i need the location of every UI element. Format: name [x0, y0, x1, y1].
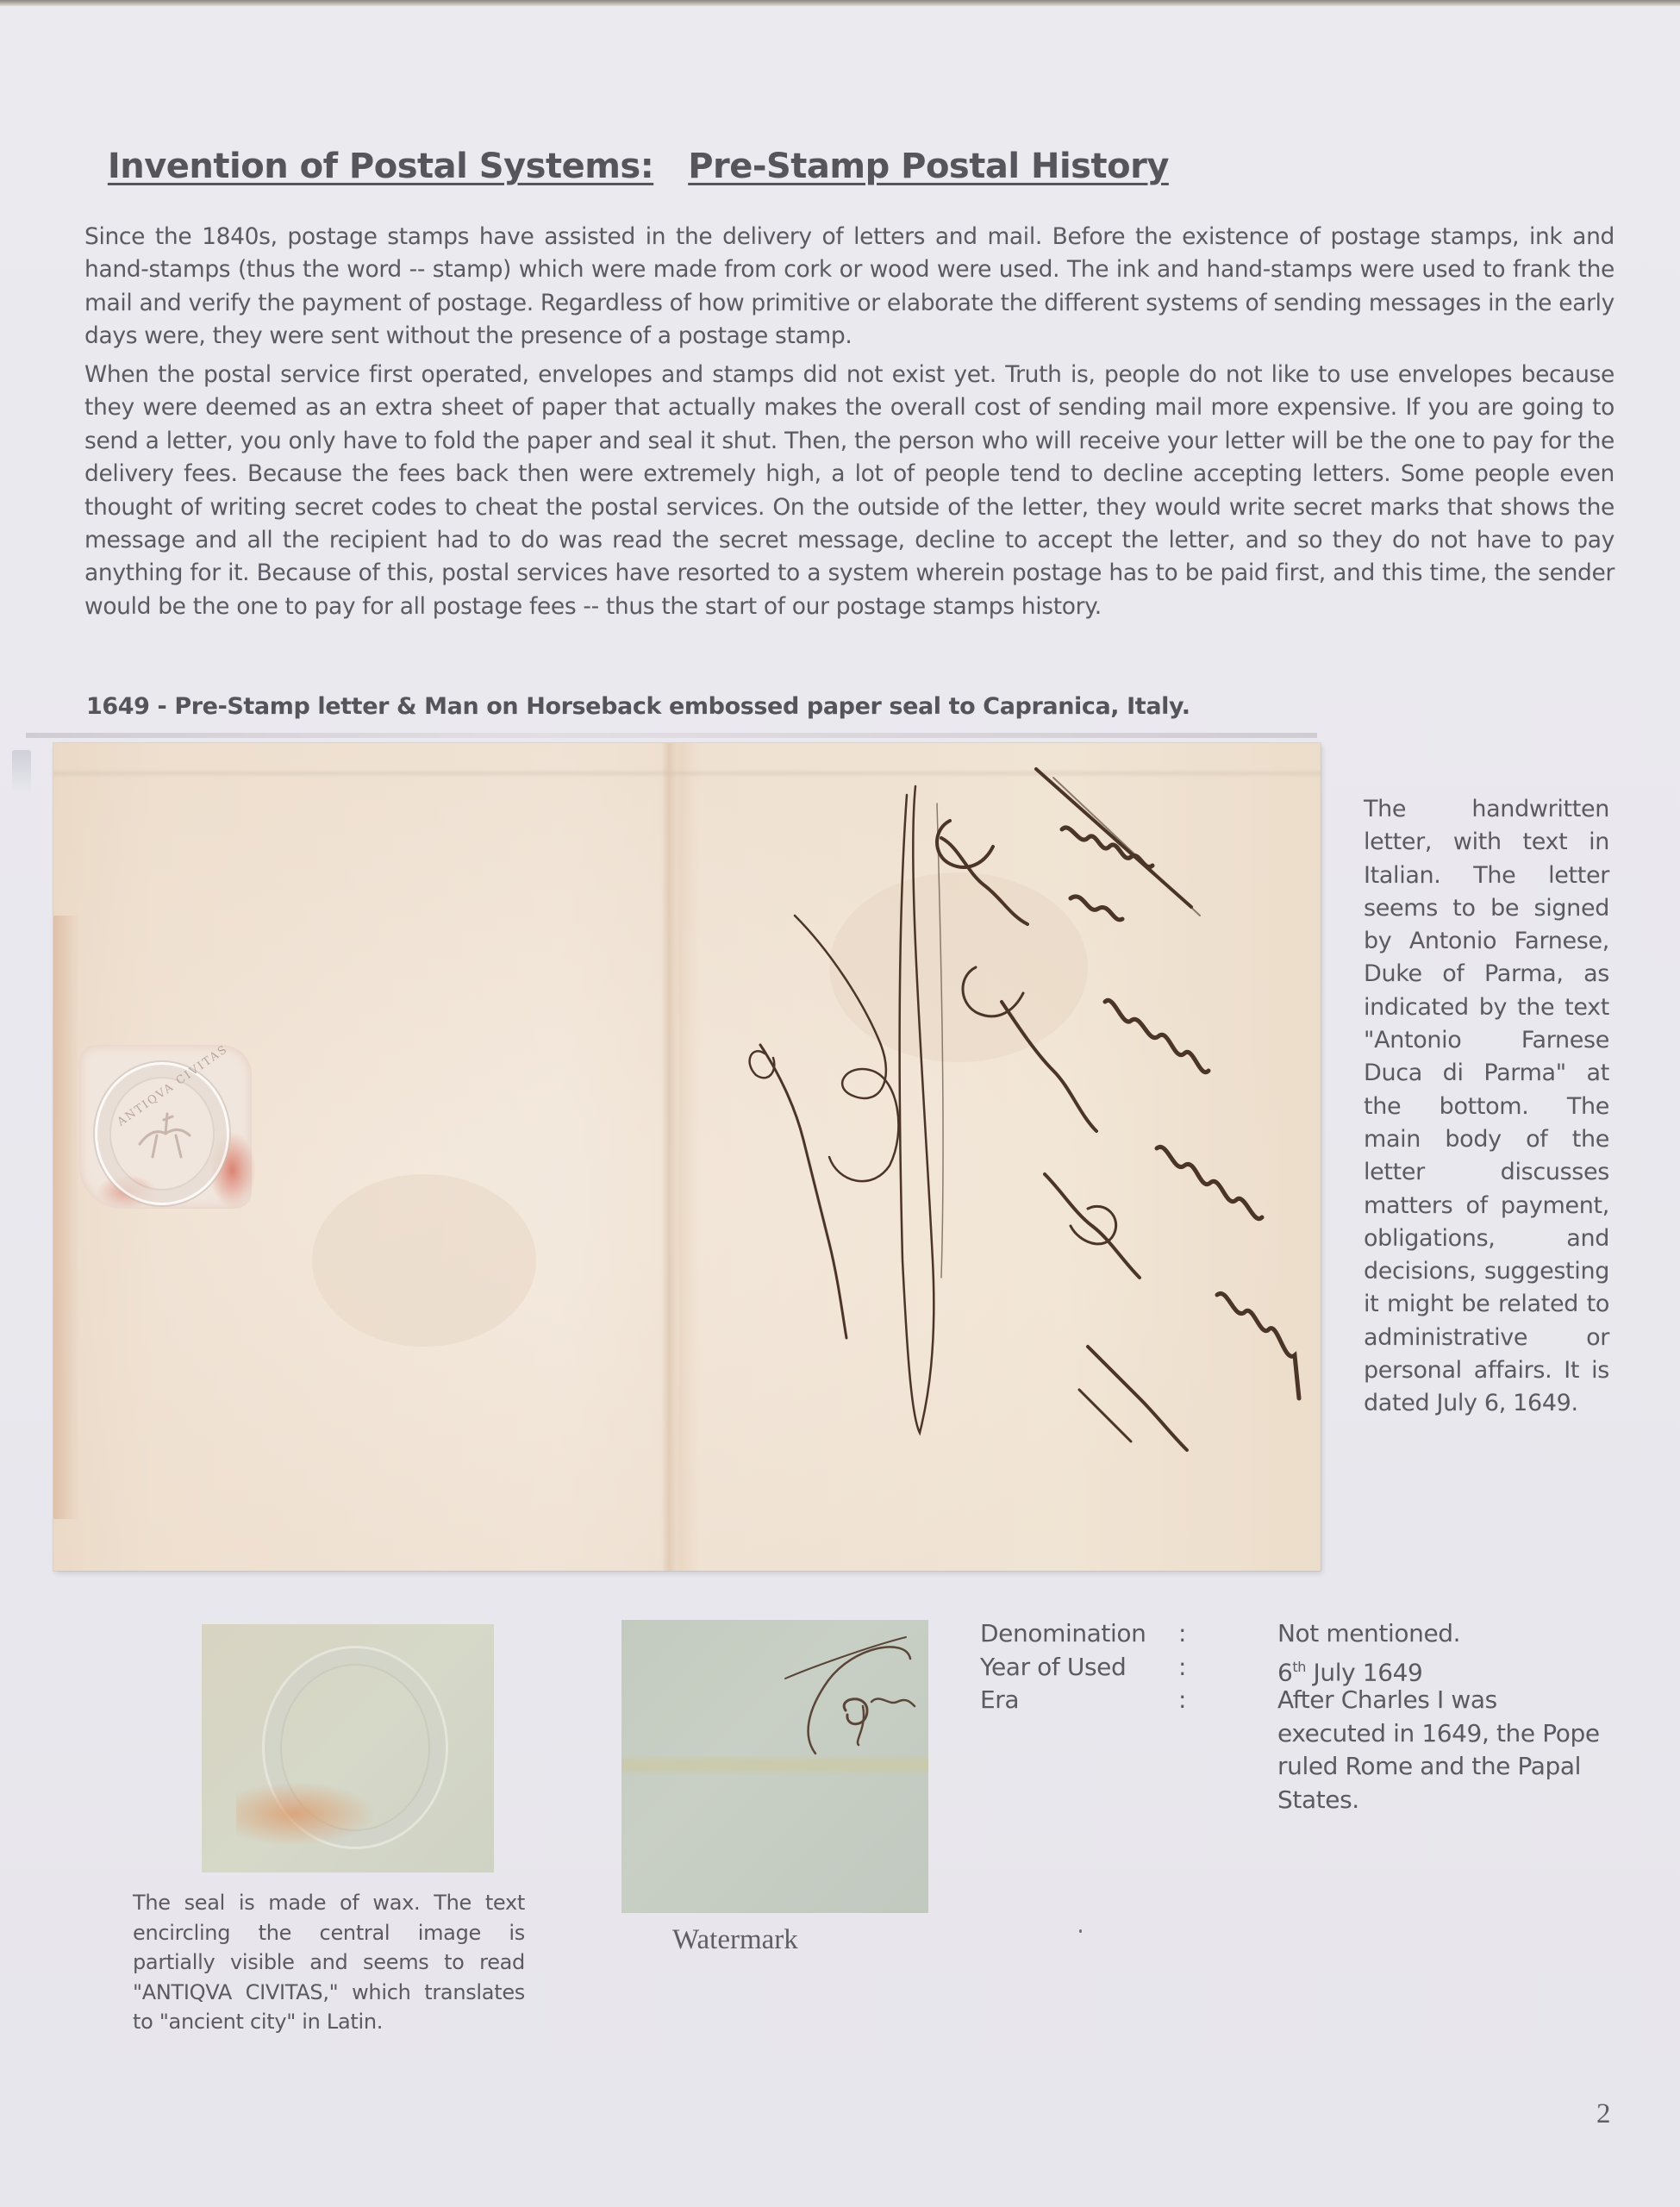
seal-detail-image — [202, 1624, 494, 1873]
detail-label: Denomination — [980, 1617, 1146, 1651]
date-day: 6 — [1277, 1658, 1292, 1686]
letter-image: ANTIQVA CIVITAS — [53, 743, 1321, 1571]
intro-paragraph-2: When the postal service first operated, … — [84, 359, 1614, 623]
detail-colon: : — [1178, 1684, 1186, 1717]
detail-label: Era — [980, 1684, 1019, 1717]
exhibit-caption: 1649 - Pre-Stamp letter & Man on Horseba… — [86, 693, 1190, 720]
seal-detail-caption: The seal is made of wax. The text encirc… — [133, 1888, 525, 2037]
sleeve-corner — [12, 750, 31, 793]
date-ordinal-suffix: th — [1292, 1659, 1306, 1675]
date-rest: July 1649 — [1306, 1658, 1422, 1686]
page-number: 2 — [1596, 2098, 1611, 2130]
watermark-detail-image — [621, 1620, 928, 1913]
seal-red-wax — [236, 1779, 383, 1848]
title-part-1: Invention of Postal Systems: — [108, 147, 653, 186]
letter-description: The handwritten letter, with text in Ita… — [1364, 793, 1609, 1421]
handwritten-address — [53, 743, 1321, 1571]
detail-value: After Charles I was executed in 1649, th… — [1277, 1684, 1605, 1816]
page-title: Invention of Postal Systems:Pre-Stamp Po… — [84, 107, 1169, 186]
intro-paragraph-1: Since the 1840s, postage stamps have ass… — [84, 221, 1614, 353]
title-part-2: Pre-Stamp Postal History — [688, 147, 1169, 186]
detail-colon: : — [1178, 1617, 1186, 1651]
handwriting-fragment — [621, 1620, 928, 1913]
detail-colon: : — [1178, 1651, 1186, 1685]
watermark-label: Watermark — [672, 1924, 798, 1956]
detail-label: Year of Used — [980, 1651, 1126, 1685]
detail-value: Not mentioned. — [1277, 1617, 1605, 1651]
paper-speck — [1079, 1929, 1082, 1933]
page-top-edge — [0, 0, 1680, 6]
protective-sleeve-edge — [26, 733, 1317, 738]
